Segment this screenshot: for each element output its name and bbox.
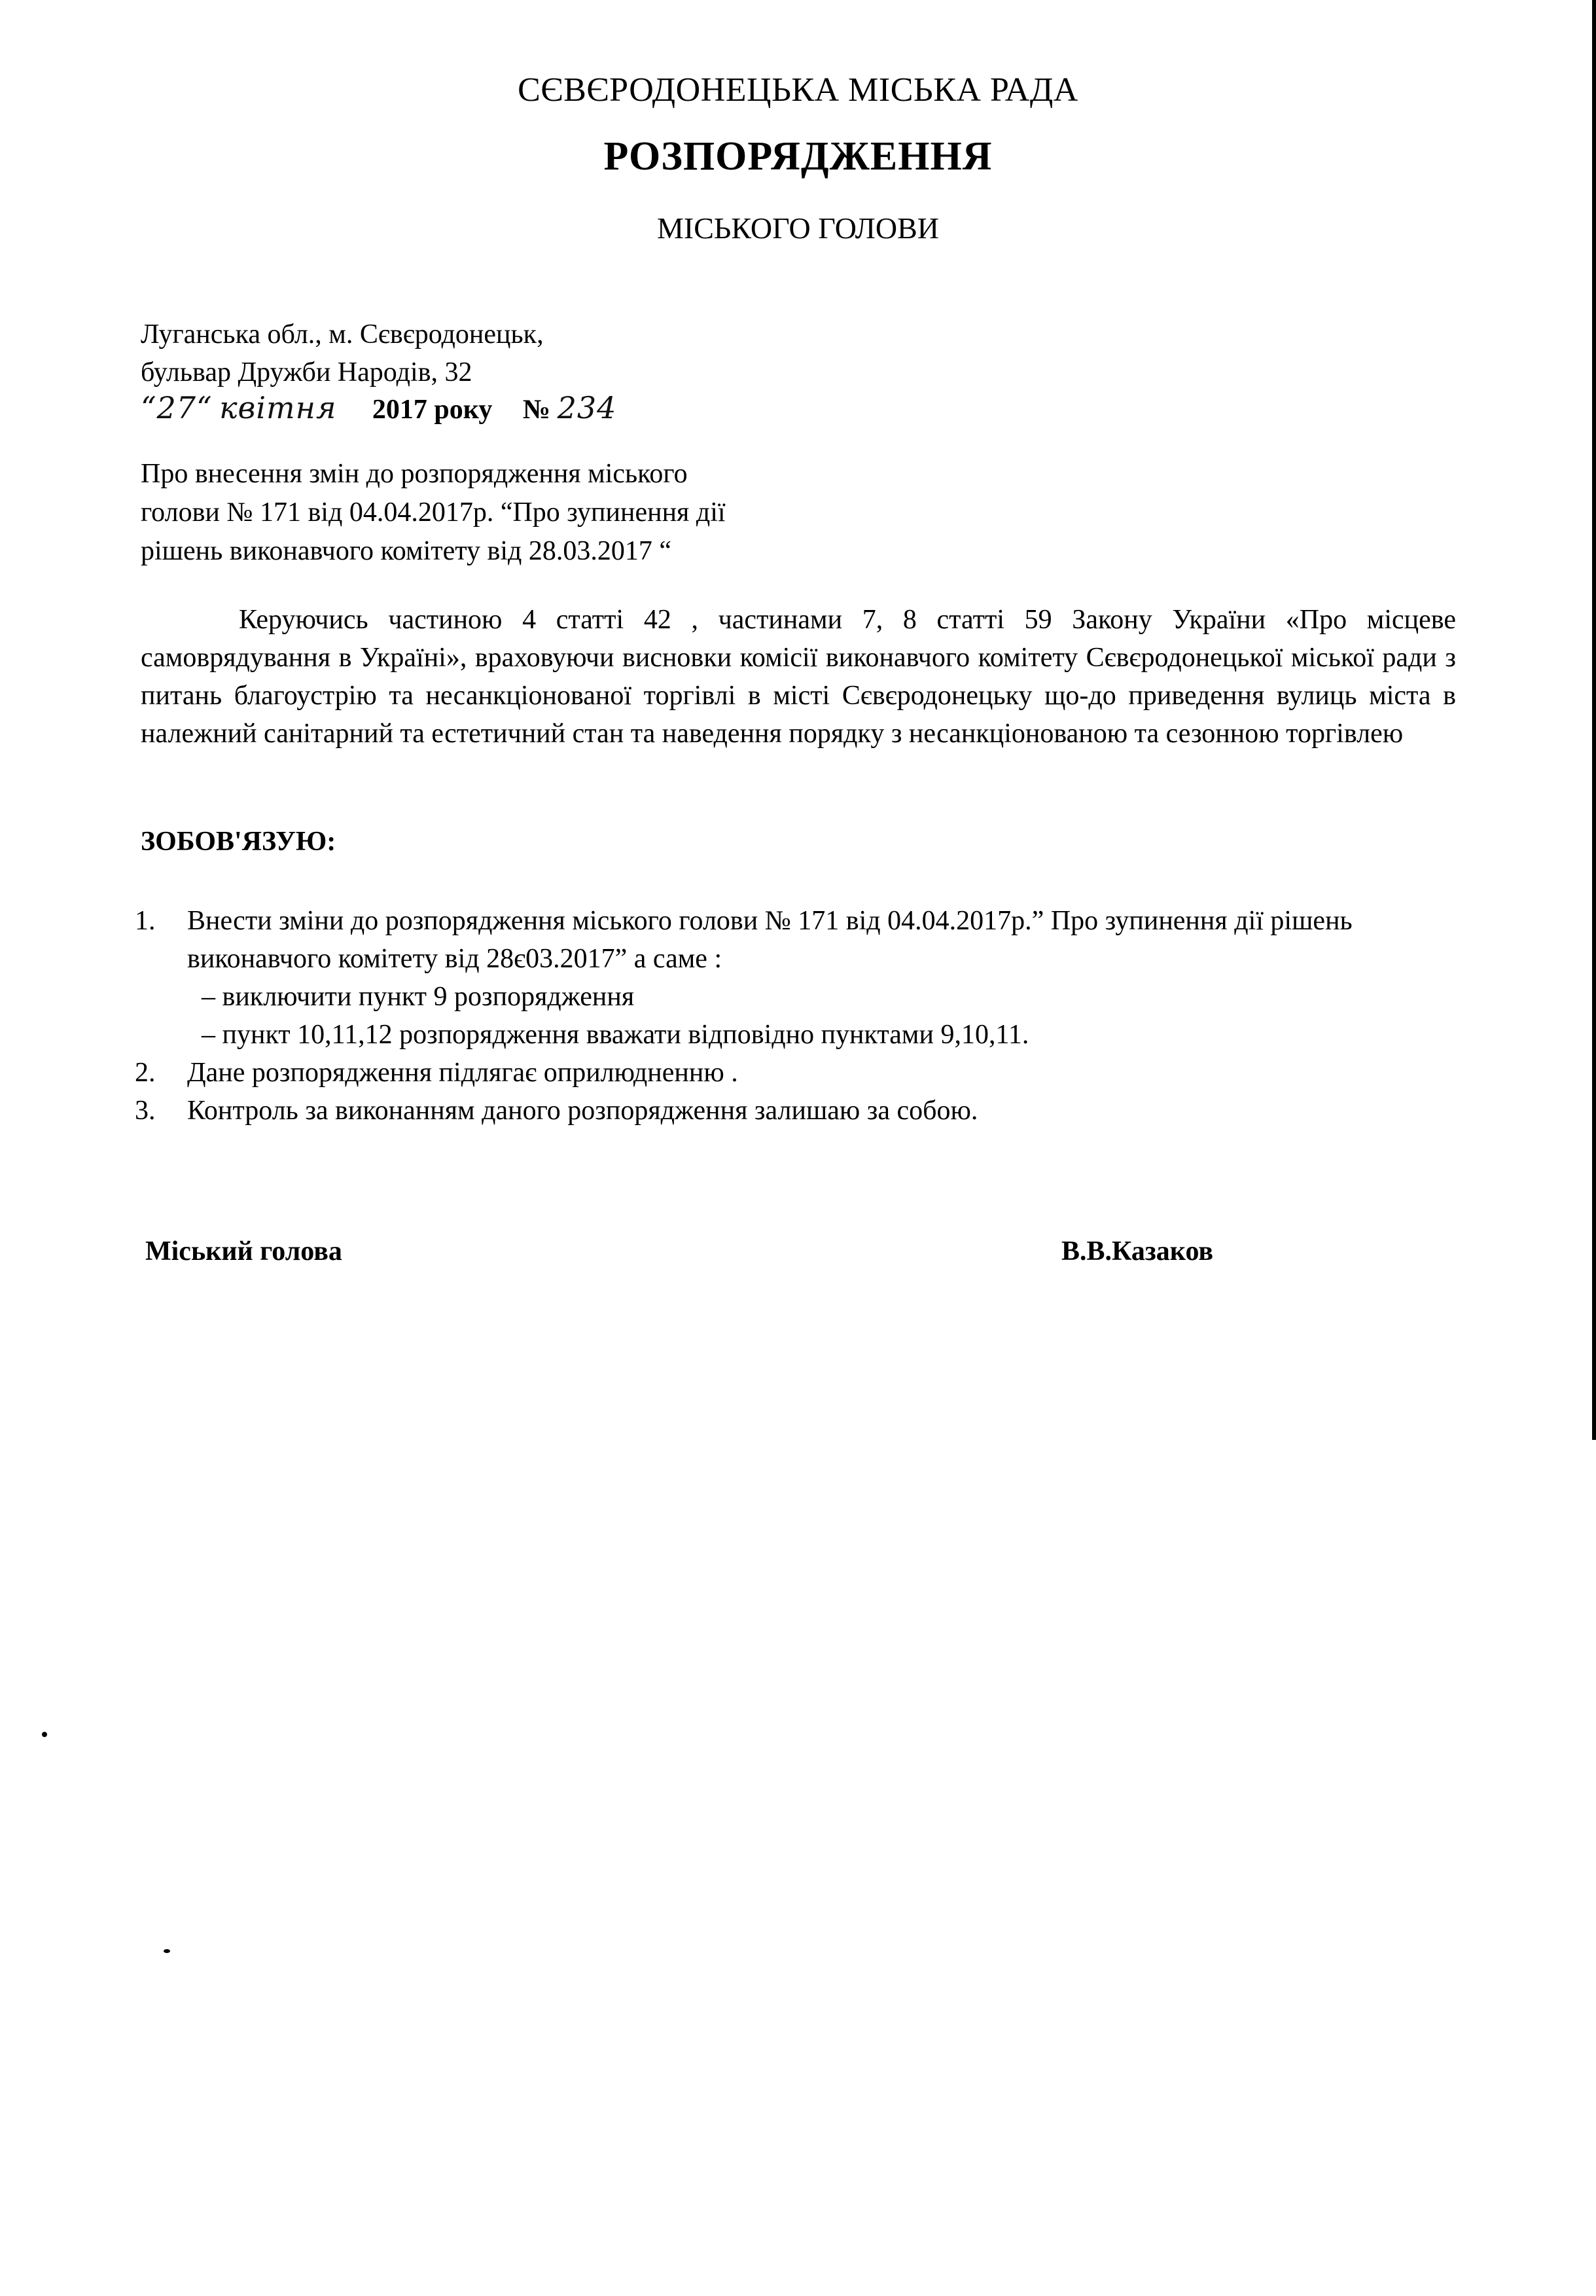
- document-subtitle: МІСЬКОГО ГОЛОВИ: [0, 211, 1596, 245]
- subject-line: Про внесення змін до розпорядження міськ…: [141, 455, 926, 493]
- order-text: Контроль за виконанням даного розпорядже…: [187, 1092, 1456, 1130]
- document-title: РОЗПОРЯДЖЕННЯ: [0, 134, 1596, 180]
- scan-speck: [164, 1949, 170, 1953]
- year-label: 2017 року: [372, 395, 492, 425]
- order-item: 3. Контроль за виконанням даного розпоря…: [131, 1092, 1456, 1130]
- order-sub-item: – виключити пункт 9 розпорядження: [187, 978, 1456, 1016]
- handwritten-number: 234: [558, 390, 617, 425]
- subject-line: голови № 171 від 04.04.2017р. “Про зупин…: [141, 493, 926, 532]
- orders-list: 1. Внести зміни до розпорядження міськог…: [131, 902, 1456, 1130]
- number-sign: №: [523, 395, 550, 425]
- address-line-1: Луганська обл., м. Сєвєродонецьк,: [141, 321, 544, 348]
- oblige-heading: ЗОБОВ'ЯЗУЮ:: [141, 826, 336, 857]
- document-subject: Про внесення змін до розпорядження міськ…: [141, 455, 926, 571]
- order-number: 3.: [135, 1092, 156, 1130]
- address-line-2: бульвар Дружби Народів, 32: [141, 359, 472, 386]
- order-text: Внести зміни до розпорядження міського г…: [187, 902, 1456, 978]
- date-number-line: “27“ квітня 2017 року № 234: [141, 390, 616, 425]
- order-number: 2.: [135, 1054, 156, 1092]
- subject-line: рішень виконавчого комітету від 28.03.20…: [141, 532, 926, 571]
- signature-name: В.В.Казаков: [1061, 1236, 1213, 1267]
- signature-role: Міський голова: [145, 1236, 342, 1267]
- order-text: Дане розпорядження підлягає оприлюдненню…: [187, 1054, 1456, 1092]
- scan-speck: [42, 1732, 47, 1737]
- handwritten-day: “27“: [141, 390, 213, 425]
- preamble-paragraph: Керуючись частиною 4 статті 42 , частина…: [141, 601, 1456, 753]
- order-number: 1.: [135, 902, 156, 940]
- order-item: 2. Дане розпорядження підлягає оприлюдне…: [131, 1054, 1456, 1092]
- council-name: СЄВЄРОДОНЕЦЬКА МІСЬКА РАДА: [0, 71, 1596, 109]
- order-sub-item: – пункт 10,11,12 розпорядження вважати в…: [187, 1016, 1456, 1054]
- handwritten-month: квітня: [219, 390, 336, 425]
- order-item: 1. Внести зміни до розпорядження міськог…: [131, 902, 1456, 1054]
